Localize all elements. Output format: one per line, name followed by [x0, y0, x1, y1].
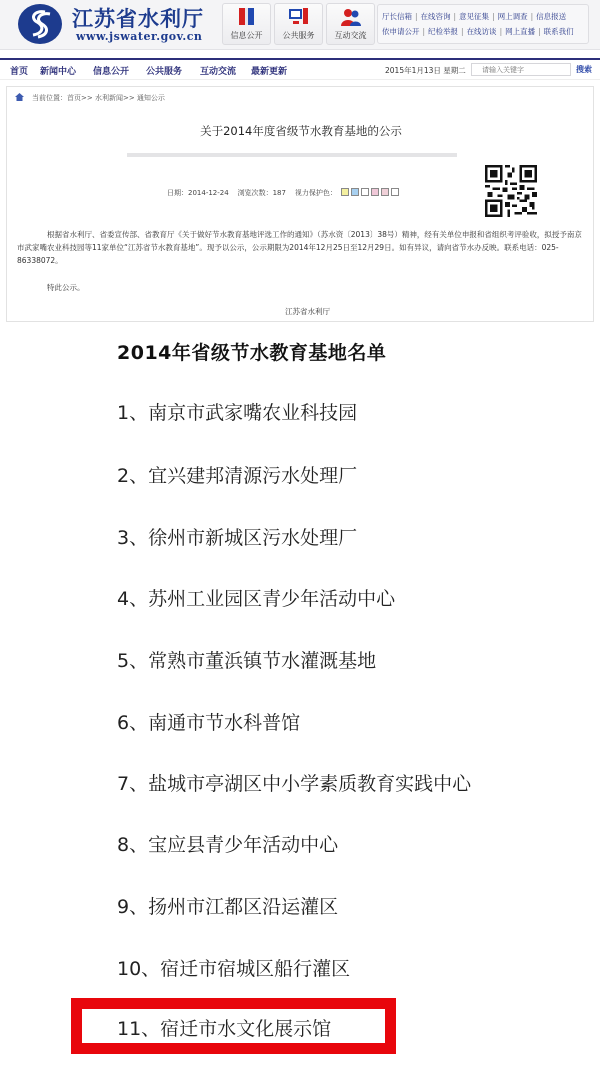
- eye-color-rose[interactable]: [381, 188, 389, 196]
- nav-item-news[interactable]: 新闻中心: [40, 64, 76, 77]
- separator: |: [538, 24, 541, 39]
- separator: |: [500, 24, 503, 39]
- link-contact-us[interactable]: 联系我们: [544, 24, 574, 39]
- list-item: 9、扬州市江都区沿运灌区: [117, 892, 338, 919]
- eye-color-pink[interactable]: [371, 188, 379, 196]
- nav-item-interaction[interactable]: 互动交流: [200, 64, 236, 77]
- link-opinion-collection[interactable]: 意见征集: [459, 9, 489, 24]
- link-online-interview[interactable]: 在线访谈: [467, 24, 497, 39]
- nav-item-info-disclosure[interactable]: 信息公开: [93, 64, 129, 77]
- list-item: 1、南京市武家嘴农业科技园: [117, 398, 357, 425]
- quick-button-label: 公共服务: [275, 30, 322, 41]
- article-meta: 日期：2014-12-24 浏览次数：187 视力保护色：: [167, 188, 399, 198]
- list-item: 3、徐州市新城区污水处理厂: [117, 523, 357, 550]
- computer-icon: [288, 7, 310, 27]
- eye-color-blue[interactable]: [351, 188, 359, 196]
- link-report[interactable]: 纪检举报: [428, 24, 458, 39]
- list-item-highlighted: 11、宿迁市水文化展示馆: [117, 1014, 331, 1041]
- publish-date: 日期：2014-12-24: [167, 189, 229, 197]
- site-name: 江苏省水利厅: [72, 3, 204, 33]
- people-icon: [340, 7, 362, 27]
- article-paragraph: 根据省水利厅、省委宣传部、省教育厅《关于做好节水教育基地评选工作的通知》（苏水资…: [17, 228, 585, 267]
- link-director-mailbox[interactable]: 厅长信箱: [382, 9, 412, 24]
- nav-item-latest-updates[interactable]: 最新更新: [251, 64, 287, 77]
- list-item: 5、常熟市董浜镇节水灌溉基地: [117, 646, 376, 673]
- home-icon: [15, 93, 24, 101]
- site-header: 江苏省水利厅 www.jswater.gov.cn 信息公开 公共服务 互动交流…: [0, 0, 600, 50]
- eye-color-default[interactable]: [391, 188, 399, 196]
- quick-button-interaction[interactable]: 互动交流: [326, 3, 375, 45]
- list-title: 2014年省级节水教育基地名单: [117, 338, 386, 365]
- current-date: 2015年1月13日 星期二: [385, 65, 466, 76]
- view-count: 浏览次数：187: [238, 189, 286, 197]
- title-divider: [127, 153, 457, 157]
- site-url: www.jswater.gov.cn: [76, 30, 202, 43]
- quick-links-panel: 厅长信箱| 在线咨询| 意见征集| 网上调查| 信息报送 依申请公开| 纪检举报…: [377, 4, 589, 44]
- article-panel: 当前位置：首页>> 水利新闻>> 通知公示 关于2014年度省级节水教育基地的公…: [6, 86, 594, 322]
- quick-button-info-disclosure[interactable]: 信息公开: [222, 3, 271, 45]
- separator: |: [531, 9, 534, 24]
- link-info-submission[interactable]: 信息报送: [536, 9, 566, 24]
- article-signature: 江苏省水利厅: [285, 306, 330, 317]
- separator: |: [454, 9, 457, 24]
- quick-button-label: 互动交流: [327, 30, 374, 41]
- separator: |: [415, 9, 418, 24]
- list-item: 8、宝应县青少年活动中心: [117, 830, 338, 857]
- list-item: 7、盐城市亭湖区中小学素质教育实践中心: [117, 769, 471, 796]
- list-item: 10、宿迁市宿城区船行灌区: [117, 954, 350, 981]
- quick-links-row-2: 依申请公开| 纪检举报| 在线访谈| 网上直播| 联系我们: [382, 24, 584, 39]
- link-online-survey[interactable]: 网上调查: [498, 9, 528, 24]
- separator: |: [461, 24, 464, 39]
- book-icon: [236, 7, 258, 27]
- site-logo-icon[interactable]: [18, 4, 62, 44]
- link-live-broadcast[interactable]: 网上直播: [505, 24, 535, 39]
- article-title: 关于2014年度省级节水教育基地的公示: [7, 123, 595, 139]
- separator: |: [423, 24, 426, 39]
- separator: |: [492, 9, 495, 24]
- list-item: 2、宜兴建邦清源污水处理厂: [117, 461, 357, 488]
- nav-item-public-service[interactable]: 公共服务: [146, 64, 182, 77]
- link-disclosure-request[interactable]: 依申请公开: [382, 24, 420, 39]
- qr-code-icon: [485, 165, 537, 217]
- eye-color-yellow[interactable]: [341, 188, 349, 196]
- breadcrumb: 当前位置：首页>> 水利新闻>> 通知公示: [15, 93, 165, 103]
- nav-item-home[interactable]: 首页: [10, 64, 28, 77]
- link-online-consult[interactable]: 在线咨询: [421, 9, 451, 24]
- search-button[interactable]: 搜索: [576, 64, 592, 75]
- main-nav: 首页 新闻中心 信息公开 公共服务 互动交流 最新更新 2015年1月13日 星…: [0, 58, 600, 80]
- search-input[interactable]: [471, 63, 571, 76]
- list-item: 4、苏州工业园区青少年活动中心: [117, 584, 395, 611]
- eye-protection-label: 视力保护色：: [295, 189, 337, 197]
- quick-button-label: 信息公开: [223, 30, 270, 41]
- quick-links-row-1: 厅长信箱| 在线咨询| 意见征集| 网上调查| 信息报送: [382, 9, 584, 24]
- quick-button-public-service[interactable]: 公共服务: [274, 3, 323, 45]
- breadcrumb-text[interactable]: 当前位置：首页>> 水利新闻>> 通知公示: [32, 94, 165, 102]
- eye-color-white[interactable]: [361, 188, 369, 196]
- article-closing: 特此公示。: [17, 281, 585, 294]
- list-item: 6、南通市节水科普馆: [117, 708, 300, 735]
